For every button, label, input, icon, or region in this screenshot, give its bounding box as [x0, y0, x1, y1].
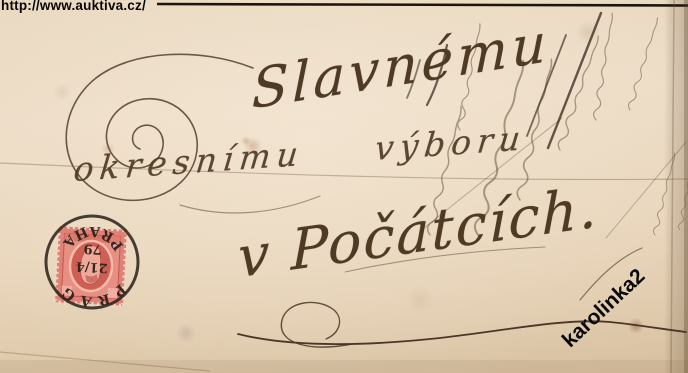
- postal-cover-scan: PRAHA PRAG 21/4 79 http://www.auktiva.cz…: [0, 0, 688, 373]
- scan-edge-line: [157, 4, 688, 6]
- loop-flourish: [281, 302, 352, 347]
- vertical-fold-crease: [671, 0, 674, 373]
- postmark-date-day: 21/4: [75, 258, 108, 275]
- underline-flourish: [238, 321, 686, 344]
- bottom-shadow: [0, 360, 688, 373]
- auction-url-watermark: http://www.auktiva.cz/: [1, 0, 146, 13]
- postmark-date-year: 79: [83, 241, 102, 257]
